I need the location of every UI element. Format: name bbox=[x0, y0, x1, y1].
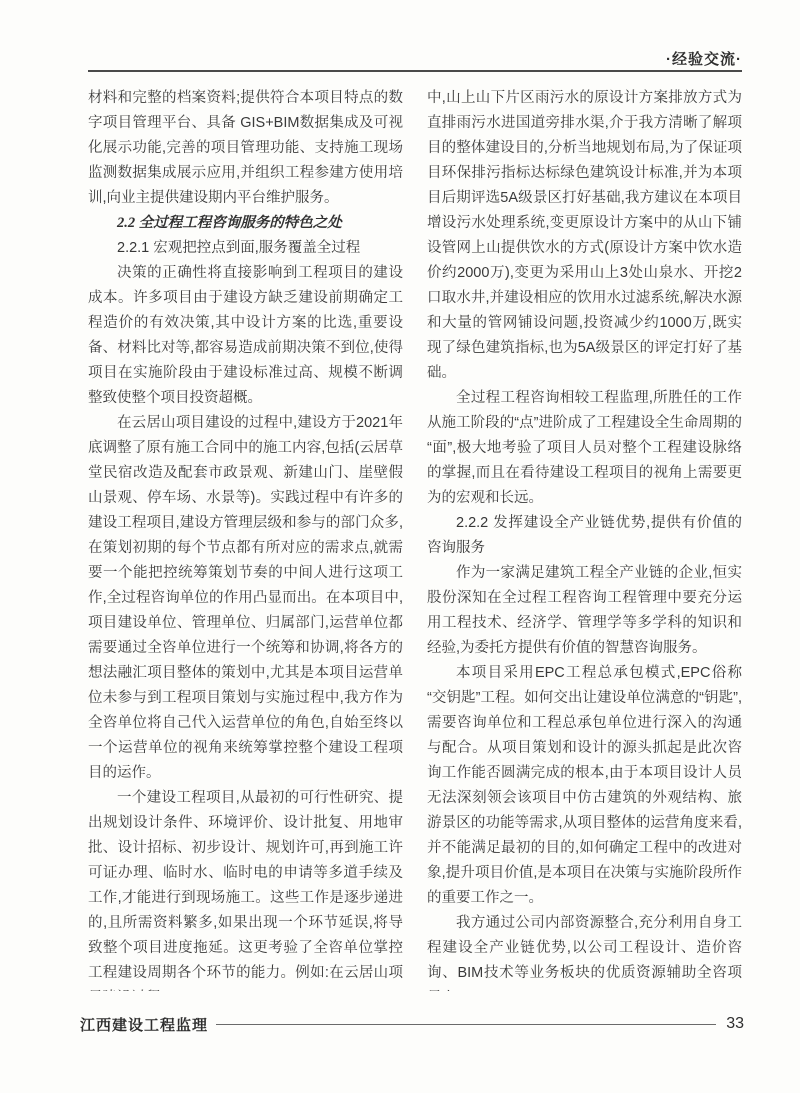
footer-rule bbox=[216, 1024, 716, 1025]
footer-journal-name: 江西建设工程监理 bbox=[80, 1014, 208, 1035]
footer: 江西建设工程监理 33 bbox=[80, 1014, 744, 1034]
journal-page: ·经验交流· 材料和完整的档案资料;提供符合本项目特点的数字项目管理平台、具备 … bbox=[0, 0, 800, 1093]
text-columns: 材料和完整的档案资料;提供符合本项目特点的数字项目管理平台、具备 GIS+BIM… bbox=[88, 86, 742, 991]
subsection-heading: 2.2.1 宏观把控点到面,服务覆盖全过程 bbox=[88, 236, 403, 261]
paragraph: 决策的正确性将直接影响到工程项目的建设成本。许多项目由于建设方缺乏建设前期确定工… bbox=[88, 261, 403, 411]
footer-page-number: 33 bbox=[726, 1015, 744, 1033]
column-left: 材料和完整的档案资料;提供符合本项目特点的数字项目管理平台、具备 GIS+BIM… bbox=[88, 86, 403, 991]
paragraph: 本项目采用EPC工程总承包模式,EPC俗称 “交钥匙”工程。如何交出让建设单位满… bbox=[427, 661, 742, 911]
header-rule bbox=[88, 70, 742, 72]
subsection-heading: 2.2.2 发挥建设全产业链优势,提供有价值的咨询服务 bbox=[427, 511, 742, 561]
column-right: 中,山上山下片区雨污水的原设计方案排放方式为直排雨污水进国道旁排水渠,介于我方清… bbox=[427, 86, 742, 991]
paragraph: 在云居山项目建设的过程中,建设方于2021年底调整了原有施工合同中的施工内容,包… bbox=[88, 411, 403, 786]
paragraph: 中,山上山下片区雨污水的原设计方案排放方式为直排雨污水进国道旁排水渠,介于我方清… bbox=[427, 86, 742, 386]
paragraph: 材料和完整的档案资料;提供符合本项目特点的数字项目管理平台、具备 GIS+BIM… bbox=[88, 86, 403, 211]
header-section-label: ·经验交流· bbox=[666, 48, 742, 69]
paragraph: 一个建设工程项目,从最初的可行性研究、提出规划设计条件、环境评价、设计批复、用地… bbox=[88, 786, 403, 991]
paragraph: 作为一家满足建筑工程全产业链的企业,恒实股份深知在全过程工程咨询工程管理中要充分… bbox=[427, 561, 742, 661]
paragraph: 我方通过公司内部资源整合,充分利用自身工程建设全产业链优势,以公司工程设计、造价… bbox=[427, 911, 742, 991]
section-heading: 2.2 全过程工程咨询服务的特色之处 bbox=[88, 211, 403, 236]
paragraph: 全过程工程咨询相较工程监理,所胜任的工作从施工阶段的“点”进阶成了工程建设全生命… bbox=[427, 386, 742, 511]
